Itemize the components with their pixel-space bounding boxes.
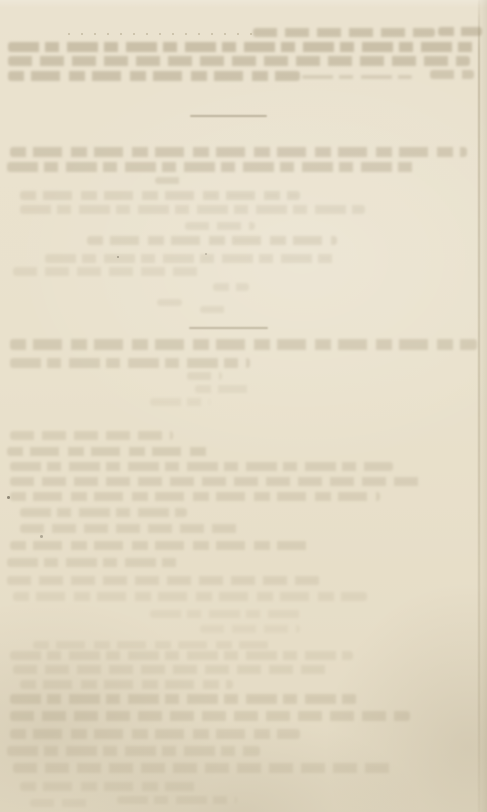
bleedthrough-ghost-line (13, 267, 203, 276)
dot-leader-dot (172, 33, 174, 35)
ink-speck (40, 535, 43, 538)
bleedthrough-ghost-line (20, 191, 300, 200)
bleedthrough-ghost-line (10, 651, 353, 660)
dot-leader-dot (211, 33, 213, 35)
dot-leader-dot (185, 33, 187, 35)
bleedthrough-ghost-line (10, 729, 300, 739)
bleedthrough-ghost-line (157, 299, 182, 306)
bleedthrough-ghost-line (253, 28, 435, 37)
dot-leader-dot (120, 33, 122, 35)
bleedthrough-ghost-line (150, 398, 210, 406)
bleedthrough-ghost-line (155, 177, 183, 184)
bleedthrough-ghost-line (30, 799, 90, 807)
bleedthrough-ghost-line (213, 283, 249, 291)
bleedthrough-ghost-line (430, 70, 474, 79)
bleedthrough-ghost-line (13, 763, 393, 773)
bleedthrough-ghost-line (45, 254, 335, 263)
bleedthrough-ghost-line (20, 205, 365, 214)
section-divider-rule (189, 327, 268, 329)
dot-leader-dot (198, 33, 200, 35)
bleedthrough-ghost-line (8, 71, 300, 81)
bleedthrough-ghost-line (13, 665, 333, 674)
bleedthrough-ghost-line (195, 385, 255, 393)
top-edge-highlight (0, 0, 487, 8)
dot-leader-dot (107, 33, 109, 35)
dot-leader-dot (146, 33, 148, 35)
bleedthrough-ghost-line (10, 477, 423, 486)
bleedthrough-ghost-line (117, 796, 237, 804)
dot-leader-dot (94, 33, 96, 35)
bleedthrough-ghost-line (8, 56, 470, 66)
dot-leader-dot (159, 33, 161, 35)
bleedthrough-ghost-line (13, 592, 367, 601)
bleedthrough-ghost-line (10, 339, 477, 350)
bleedthrough-ghost-line (10, 147, 467, 157)
section-divider-rule (190, 115, 267, 117)
bleedthrough-ghost-line (438, 27, 482, 36)
bleedthrough-ghost-line (200, 625, 300, 633)
bleedthrough-ghost-line (187, 372, 222, 380)
bleedthrough-ghost-line (10, 431, 173, 440)
bleedthrough-ghost-line (87, 236, 337, 245)
bleedthrough-ghost-line (33, 641, 273, 649)
bleedthrough-ghost-line (7, 576, 320, 585)
bleedthrough-ghost-line (10, 711, 410, 721)
dot-leader-dot (224, 33, 226, 35)
bleedthrough-ghost-line (7, 746, 260, 756)
bleedthrough-ghost-line (185, 222, 255, 230)
dot-leader-dot (81, 33, 83, 35)
page-edge-line (478, 0, 480, 812)
bleedthrough-ghost-line (8, 42, 480, 52)
bleedthrough-ghost-line (10, 694, 357, 704)
dot-leader-dot (68, 33, 70, 35)
bleedthrough-ghost-line (10, 462, 393, 471)
bleedthrough-ghost-line (10, 358, 250, 368)
scanned-page (0, 0, 487, 812)
bleedthrough-ghost-line (7, 447, 213, 456)
bleedthrough-ghost-line (10, 541, 313, 550)
bleedthrough-ghost-line (7, 162, 419, 172)
ink-speck (205, 253, 207, 255)
bleedthrough-ghost-line (20, 680, 233, 689)
bleedthrough-ghost-line (10, 492, 380, 501)
dot-leader-dot (250, 33, 252, 35)
dot-leader-dot (237, 33, 239, 35)
bleedthrough-ghost-line (7, 558, 183, 567)
ink-speck (117, 256, 119, 258)
bleedthrough-ghost-line (200, 306, 228, 313)
bleedthrough-ghost-line (20, 508, 187, 517)
dot-leader-dot (133, 33, 135, 35)
bleedthrough-ghost-line (150, 610, 300, 618)
bleedthrough-ghost-line (302, 75, 412, 79)
bleedthrough-ghost-line (20, 524, 240, 533)
ink-speck (7, 496, 10, 499)
bleedthrough-ghost-line (20, 782, 200, 791)
